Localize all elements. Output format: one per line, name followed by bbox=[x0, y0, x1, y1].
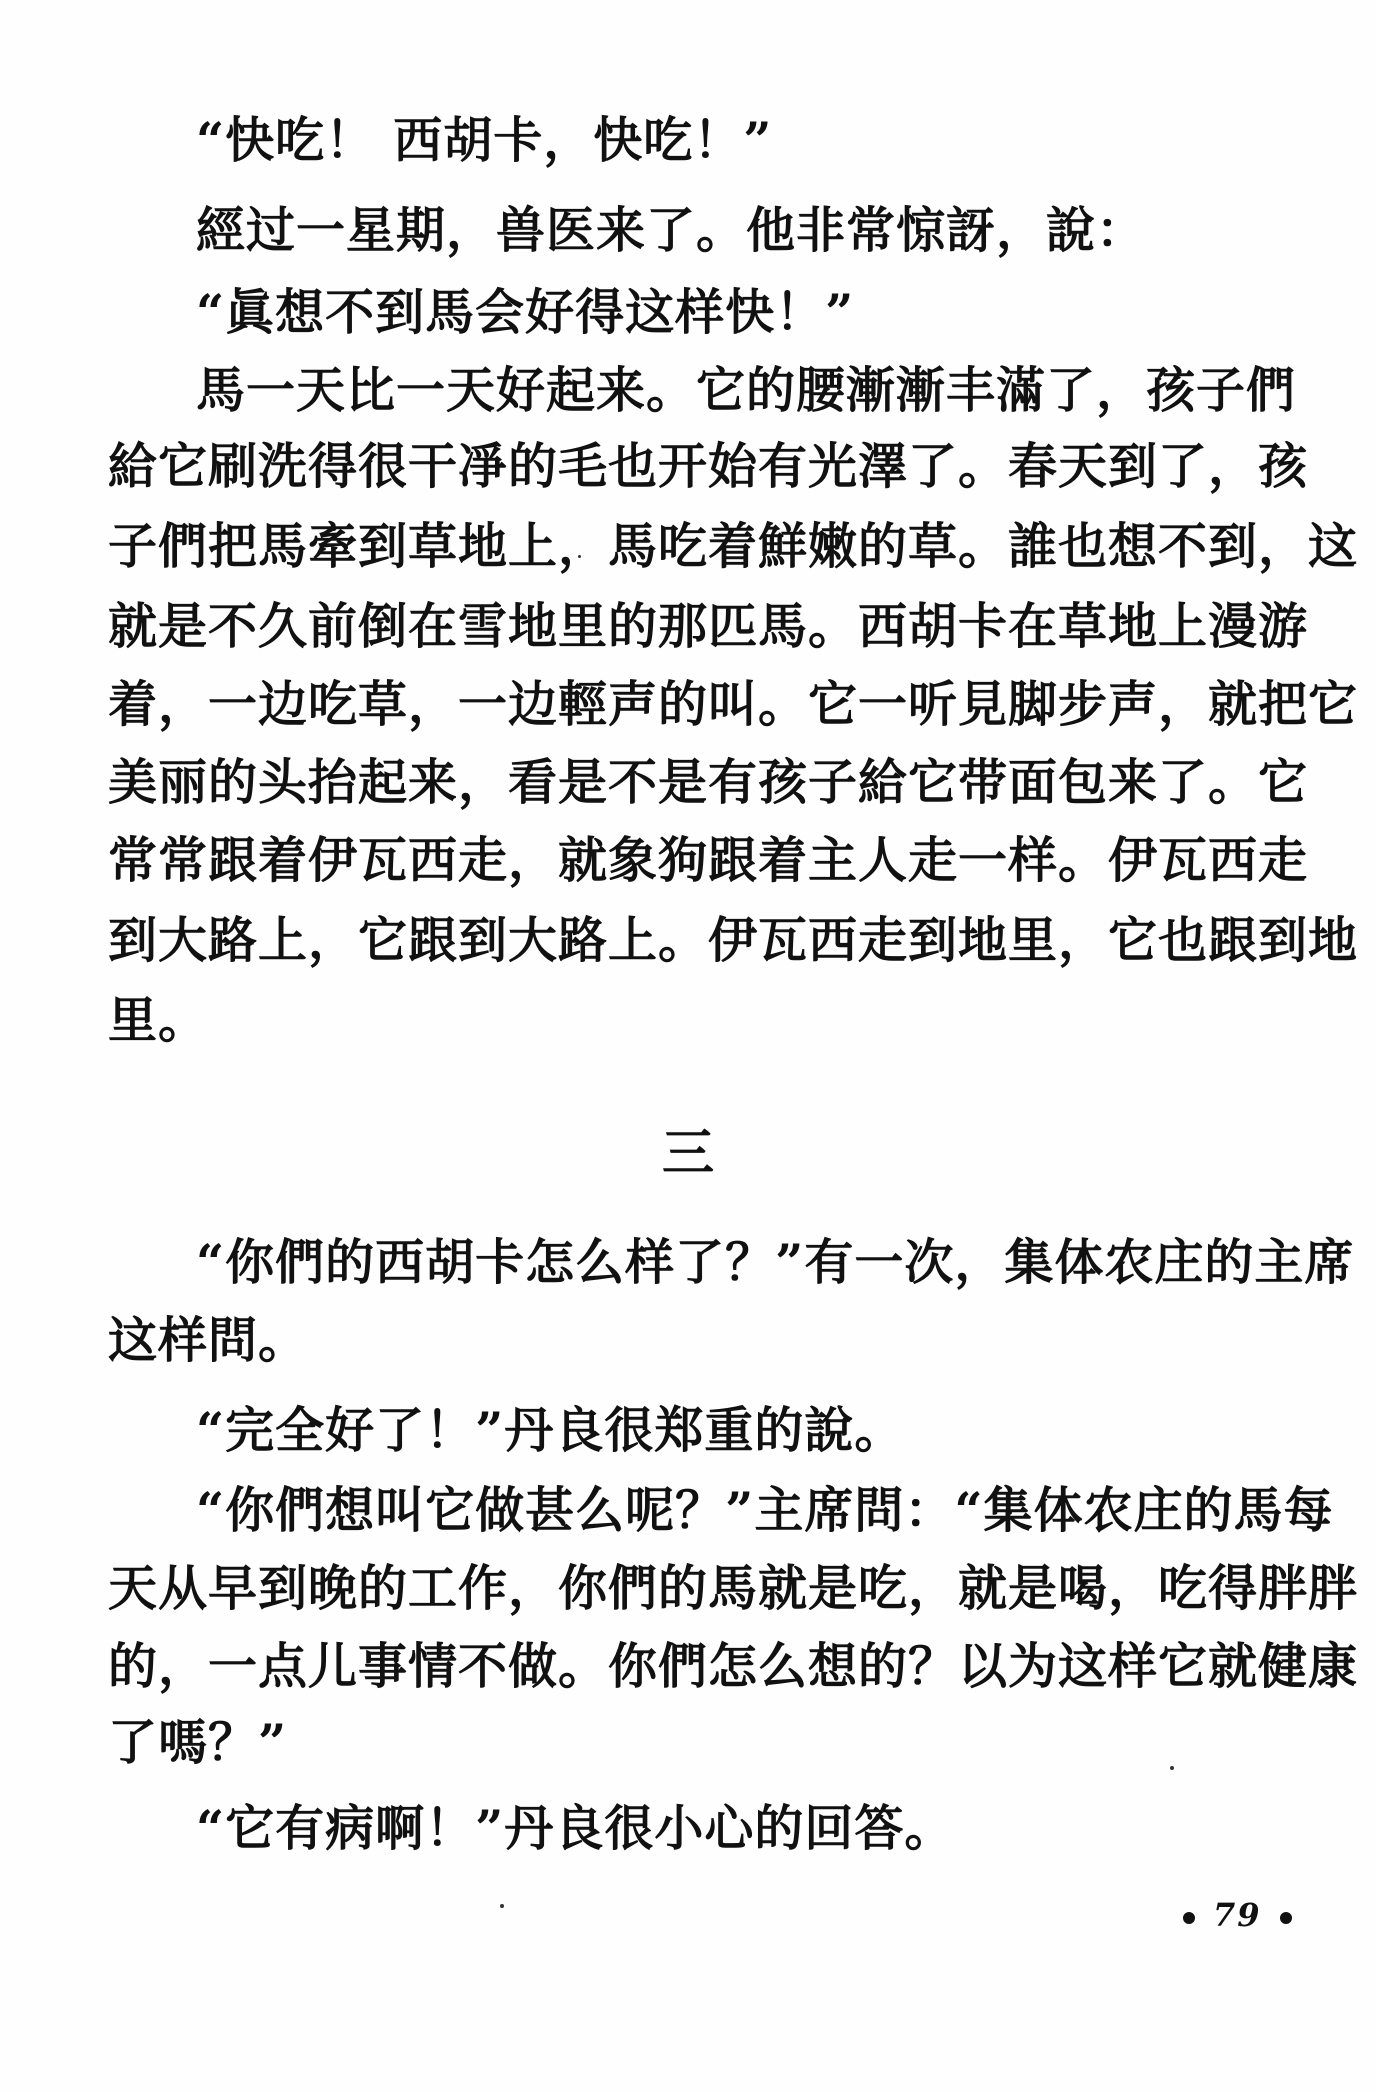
text-line: 天从早到晚的工作，你們的馬就是吃，就是喝，吃得胖胖 bbox=[108, 1558, 1298, 1618]
section-heading: 三 bbox=[0, 1124, 1376, 1184]
text-line: “它有病啊！”丹良很小心的回答。 bbox=[196, 1798, 1376, 1858]
text-line: “眞想不到馬会好得这样快！” bbox=[196, 282, 1376, 342]
text-line: 馬一天比一天好起来。它的腰漸漸丰滿了，孩子們 bbox=[196, 360, 1296, 420]
text-line: “完全好了！”丹良很郑重的說。 bbox=[196, 1400, 1376, 1460]
page-number-value: 79 bbox=[1213, 1896, 1262, 1934]
text-line: “快吃！ 西胡卡，快吃！” bbox=[196, 110, 1376, 170]
book-page: “快吃！ 西胡卡，快吃！” 經过一星期，兽医来了。他非常惊訝，說： “眞想不到馬… bbox=[0, 0, 1376, 2092]
text-line: 了嗎？” bbox=[108, 1712, 1298, 1772]
text-line: 的，一点儿事情不做。你們怎么想的？以为这样它就健康 bbox=[108, 1636, 1298, 1696]
text-line: 就是不久前倒在雪地里的那匹馬。西胡卡在草地上漫游 bbox=[108, 596, 1298, 656]
text-line: 这样問。 bbox=[108, 1310, 1298, 1370]
text-line: 里。 bbox=[108, 990, 1298, 1050]
text-line: 子們把馬牽到草地上，馬吃着鮮嫩的草。誰也想不到，这 bbox=[108, 516, 1298, 576]
text-line: 常常跟着伊瓦西走，就象狗跟着主人走一样。伊瓦西走 bbox=[108, 830, 1298, 890]
scan-speck bbox=[500, 1904, 504, 1908]
text-line: 到大路上，它跟到大路上。伊瓦西走到地里，它也跟到地 bbox=[108, 910, 1298, 970]
text-line: 給它刷洗得很干凈的毛也开始有光澤了。春天到了，孩 bbox=[108, 436, 1298, 496]
scan-speck bbox=[1170, 1766, 1174, 1770]
text-line: 經过一星期，兽医来了。他非常惊訝，說： bbox=[196, 200, 1376, 260]
text-line: “你們的西胡卡怎么样了？”有一次，集体农庄的主席 bbox=[196, 1232, 1296, 1292]
bullet-dot-icon bbox=[1183, 1912, 1195, 1924]
text-line: 美丽的头抬起来，看是不是有孩子給它带面包来了。它 bbox=[108, 752, 1298, 812]
bullet-dot-icon bbox=[1280, 1912, 1292, 1924]
text-line: “你們想叫它做甚么呢？”主席問：“集体农庄的馬每 bbox=[196, 1480, 1296, 1540]
scan-speck bbox=[578, 555, 581, 558]
text-line: 着，一边吃草，一边輕声的叫。它一听見脚步声，就把它 bbox=[108, 674, 1298, 734]
page-number: 79 bbox=[1165, 1895, 1310, 1935]
